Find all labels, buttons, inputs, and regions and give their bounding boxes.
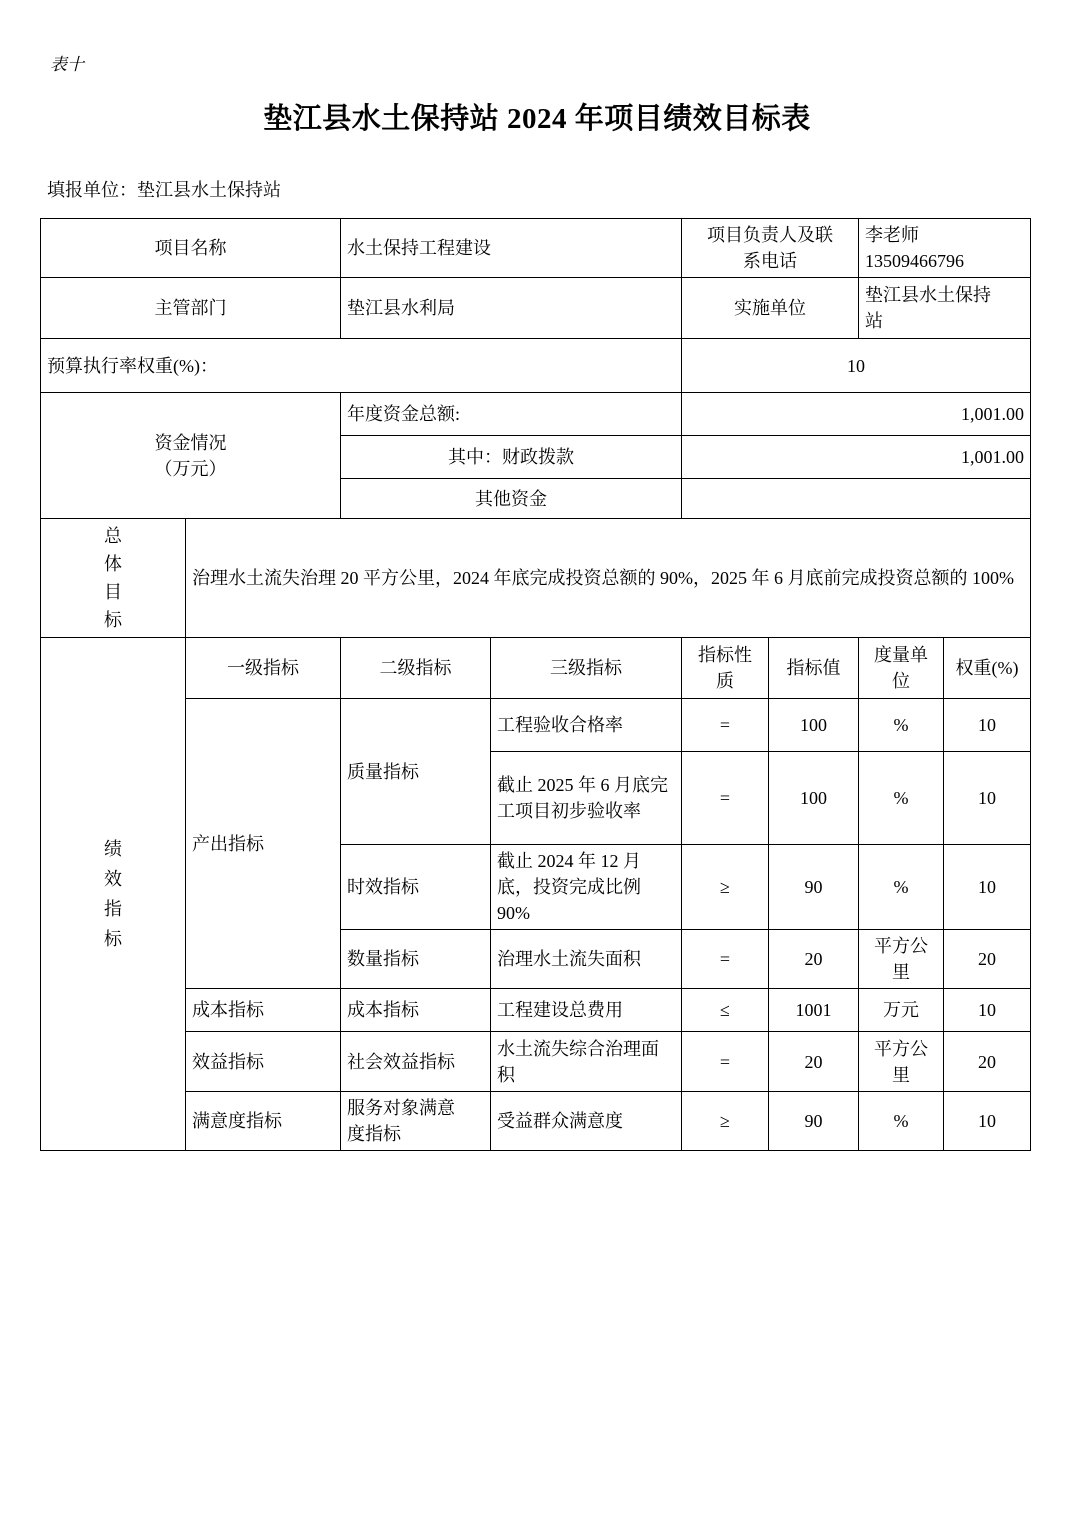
indicator-value: 90 [769,845,859,930]
indicator-l3: 治理水土流失面积 [491,930,682,989]
table-row: 满意度指标 服务对象满意 度指标 受益群众满意度 ≥ 90 % 10 [41,1092,1031,1151]
overall-goal-label-cell: 总体目标 [41,519,186,638]
table-row: 总体目标 治理水土流失治理 20 平方公里，2024 年底完成投资总额的 90%… [41,519,1031,638]
indicator-unit: % [859,1092,944,1151]
document-page: 表十 垫江县水土保持站 2024 年项目绩效目标表 填报单位：垫江县水土保持站 … [0,0,1074,1520]
table-number-tag: 表十 [50,50,84,75]
indicator-unit: % [859,752,944,845]
level2-timeliness: 时效指标 [341,845,491,930]
funding-total-label: 年度资金总额: [341,393,682,436]
leader-value: 李老师 13509466796 [859,219,1031,278]
indicator-unit: % [859,845,944,930]
header-level1: 一级指标 [186,638,341,699]
indicator-nature: ≥ [682,1092,769,1151]
funding-total-value: 1,001.00 [682,393,1031,436]
indicator-value: 90 [769,1092,859,1151]
indicator-unit: % [859,699,944,752]
header-unit: 度量单 位 [859,638,944,699]
indicator-value: 1001 [769,989,859,1032]
performance-target-table: 项目名称 水土保持工程建设 项目负责人及联 系电话 李老师 1350946679… [40,218,1031,1151]
overall-goal-label: 总体目标 [103,522,123,634]
project-name-value: 水土保持工程建设 [341,219,682,278]
budget-weight-label: 预算执行率权重(%)： [41,339,682,393]
indicator-weight: 10 [944,699,1031,752]
table-row: 绩效指标 一级指标 二级指标 三级指标 指标性 质 指标值 度量单 位 权重(%… [41,638,1031,699]
level2-service: 服务对象满意 度指标 [341,1092,491,1151]
level1-output: 产出指标 [186,699,341,989]
indicator-weight: 10 [944,989,1031,1032]
indicator-unit: 万元 [859,989,944,1032]
indicator-l3: 工程建设总费用 [491,989,682,1032]
indicator-section-cell: 绩效指标 [41,638,186,1151]
indicator-l3: 工程验收合格率 [491,699,682,752]
header-value: 指标值 [769,638,859,699]
level2-cost: 成本指标 [341,989,491,1032]
indicator-nature: = [682,699,769,752]
indicator-value: 100 [769,699,859,752]
indicator-l3: 受益群众满意度 [491,1092,682,1151]
indicator-nature: ≤ [682,989,769,1032]
table-row: 资金情况 （万元） 年度资金总额: 1,001.00 [41,393,1031,436]
budget-weight-value: 10 [682,339,1031,393]
indicator-l3: 水土流失综合治理面积 [491,1032,682,1092]
indicator-value: 20 [769,1032,859,1092]
overall-goal-text: 治理水土流失治理 20 平方公里，2024 年底完成投资总额的 90%，2025… [186,519,1031,638]
table-row: 项目名称 水土保持工程建设 项目负责人及联 系电话 李老师 1350946679… [41,219,1031,278]
leader-label: 项目负责人及联 系电话 [682,219,859,278]
indicator-unit: 平方公 里 [859,1032,944,1092]
indicator-weight: 10 [944,752,1031,845]
funding-fiscal-label: 其中：财政拨款 [341,436,682,479]
page-title: 垫江县水土保持站 2024 年项目绩效目标表 [0,96,1074,137]
indicator-weight: 10 [944,845,1031,930]
department-label: 主管部门 [41,278,341,339]
table-row: 成本指标 成本指标 工程建设总费用 ≤ 1001 万元 10 [41,989,1031,1032]
funding-other-label: 其他资金 [341,479,682,519]
indicator-weight: 20 [944,1032,1031,1092]
level1-satisfaction: 满意度指标 [186,1092,341,1151]
header-weight: 权重(%) [944,638,1031,699]
funding-fiscal-value: 1,001.00 [682,436,1031,479]
indicator-nature: = [682,752,769,845]
funding-group-label: 资金情况 （万元） [41,393,341,519]
level1-benefit: 效益指标 [186,1032,341,1092]
indicator-value: 20 [769,930,859,989]
indicator-l3: 截止 2024 年 12 月底，投资完成比例 90% [491,845,682,930]
indicator-value: 100 [769,752,859,845]
table-row: 产出指标 质量指标 工程验收合格率 = 100 % 10 [41,699,1031,752]
reporting-unit: 填报单位：垫江县水土保持站 [47,176,281,202]
indicator-l3: 截止 2025 年 6 月底完工项目初步验收率 [491,752,682,845]
implement-label: 实施单位 [682,278,859,339]
header-nature: 指标性 质 [682,638,769,699]
department-value: 垫江县水利局 [341,278,682,339]
indicator-unit: 平方公 里 [859,930,944,989]
table-row: 预算执行率权重(%)： 10 [41,339,1031,393]
indicator-weight: 20 [944,930,1031,989]
implement-value: 垫江县水土保持 站 [859,278,1031,339]
level2-quality: 质量指标 [341,699,491,845]
indicator-nature: = [682,930,769,989]
level2-social: 社会效益指标 [341,1032,491,1092]
project-name-label: 项目名称 [41,219,341,278]
indicator-section-label: 绩效指标 [103,834,123,954]
header-level3: 三级指标 [491,638,682,699]
level1-cost: 成本指标 [186,989,341,1032]
level2-quantity: 数量指标 [341,930,491,989]
indicator-nature: ≥ [682,845,769,930]
header-level2: 二级指标 [341,638,491,699]
indicator-nature: = [682,1032,769,1092]
table-row: 主管部门 垫江县水利局 实施单位 垫江县水土保持 站 [41,278,1031,339]
funding-other-value [682,479,1031,519]
indicator-weight: 10 [944,1092,1031,1151]
table-row: 效益指标 社会效益指标 水土流失综合治理面积 = 20 平方公 里 20 [41,1032,1031,1092]
